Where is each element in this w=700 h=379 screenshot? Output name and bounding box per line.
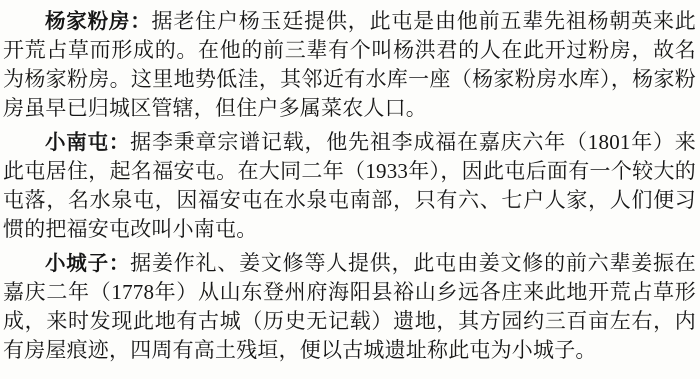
entry-term: 小城子：: [45, 252, 130, 275]
entry-term: 小南屯：: [45, 131, 130, 154]
paragraph-yangjiafenfang: 杨家粉房：据老住户杨玉廷提供，此屯是由他前五辈先祖杨朝英来此开荒占草而形成的。在…: [3, 7, 696, 123]
entry-term: 杨家粉房：: [45, 10, 152, 33]
document-page: 杨家粉房：据老住户杨玉廷提供，此屯是由他前五辈先祖杨朝英来此开荒占草而形成的。在…: [0, 0, 700, 379]
paragraph-xiaochengzi: 小城子：据姜作礼、姜文修等人提供，此屯由姜文修的前六辈姜振在嘉庆二年（1778年…: [3, 249, 696, 365]
paragraph-xiaonantun: 小南屯：据李秉章宗谱记载，他先祖李成福在嘉庆六年（1801年）来此屯居住，起名福…: [3, 128, 696, 244]
